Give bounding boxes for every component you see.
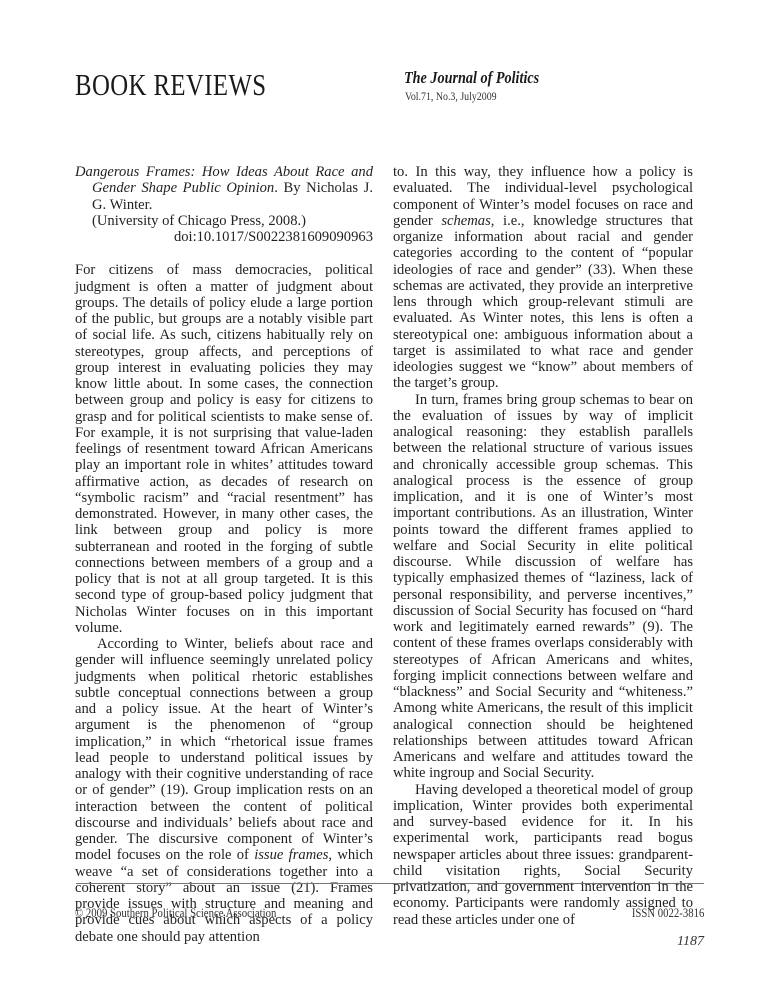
paragraph: In turn, frames bring group schemas to b… (393, 392, 693, 782)
paragraph-text: , i.e., knowledge structures that organi… (393, 213, 693, 392)
doi-link[interactable]: doi:10.1017/S0022381609090963 (75, 229, 373, 245)
paragraph: to. In this way, they influence how a po… (393, 164, 693, 392)
emphasis-text: issue frames (254, 847, 328, 863)
paragraph-text: According to Winter, beliefs about race … (75, 636, 373, 863)
issn: ISSN 0022-3816 (631, 906, 704, 921)
left-column: Dangerous Frames: How Ideas About Race a… (75, 164, 373, 945)
section-title: BOOK REVIEWS (75, 67, 266, 103)
paragraph: According to Winter, beliefs about race … (75, 636, 373, 945)
copyright-notice: © 2009 Southern Political Science Associ… (75, 906, 276, 921)
journal-issue: Vol.71, No.3, July2009 (405, 91, 497, 103)
right-column: to. In this way, they influence how a po… (393, 164, 693, 928)
book-publisher: (University of Chicago Press, 2008.) (92, 213, 306, 229)
paragraph: For citizens of mass democracies, politi… (75, 262, 373, 636)
citation-title-line: Dangerous Frames: How Ideas About Race a… (75, 164, 373, 229)
journal-name: The Journal of Politics (404, 68, 539, 88)
book-citation: Dangerous Frames: How Ideas About Race a… (75, 164, 373, 245)
page-number: 1187 (677, 934, 704, 950)
footer-divider (76, 883, 704, 884)
emphasis-text: schemas (441, 213, 490, 229)
